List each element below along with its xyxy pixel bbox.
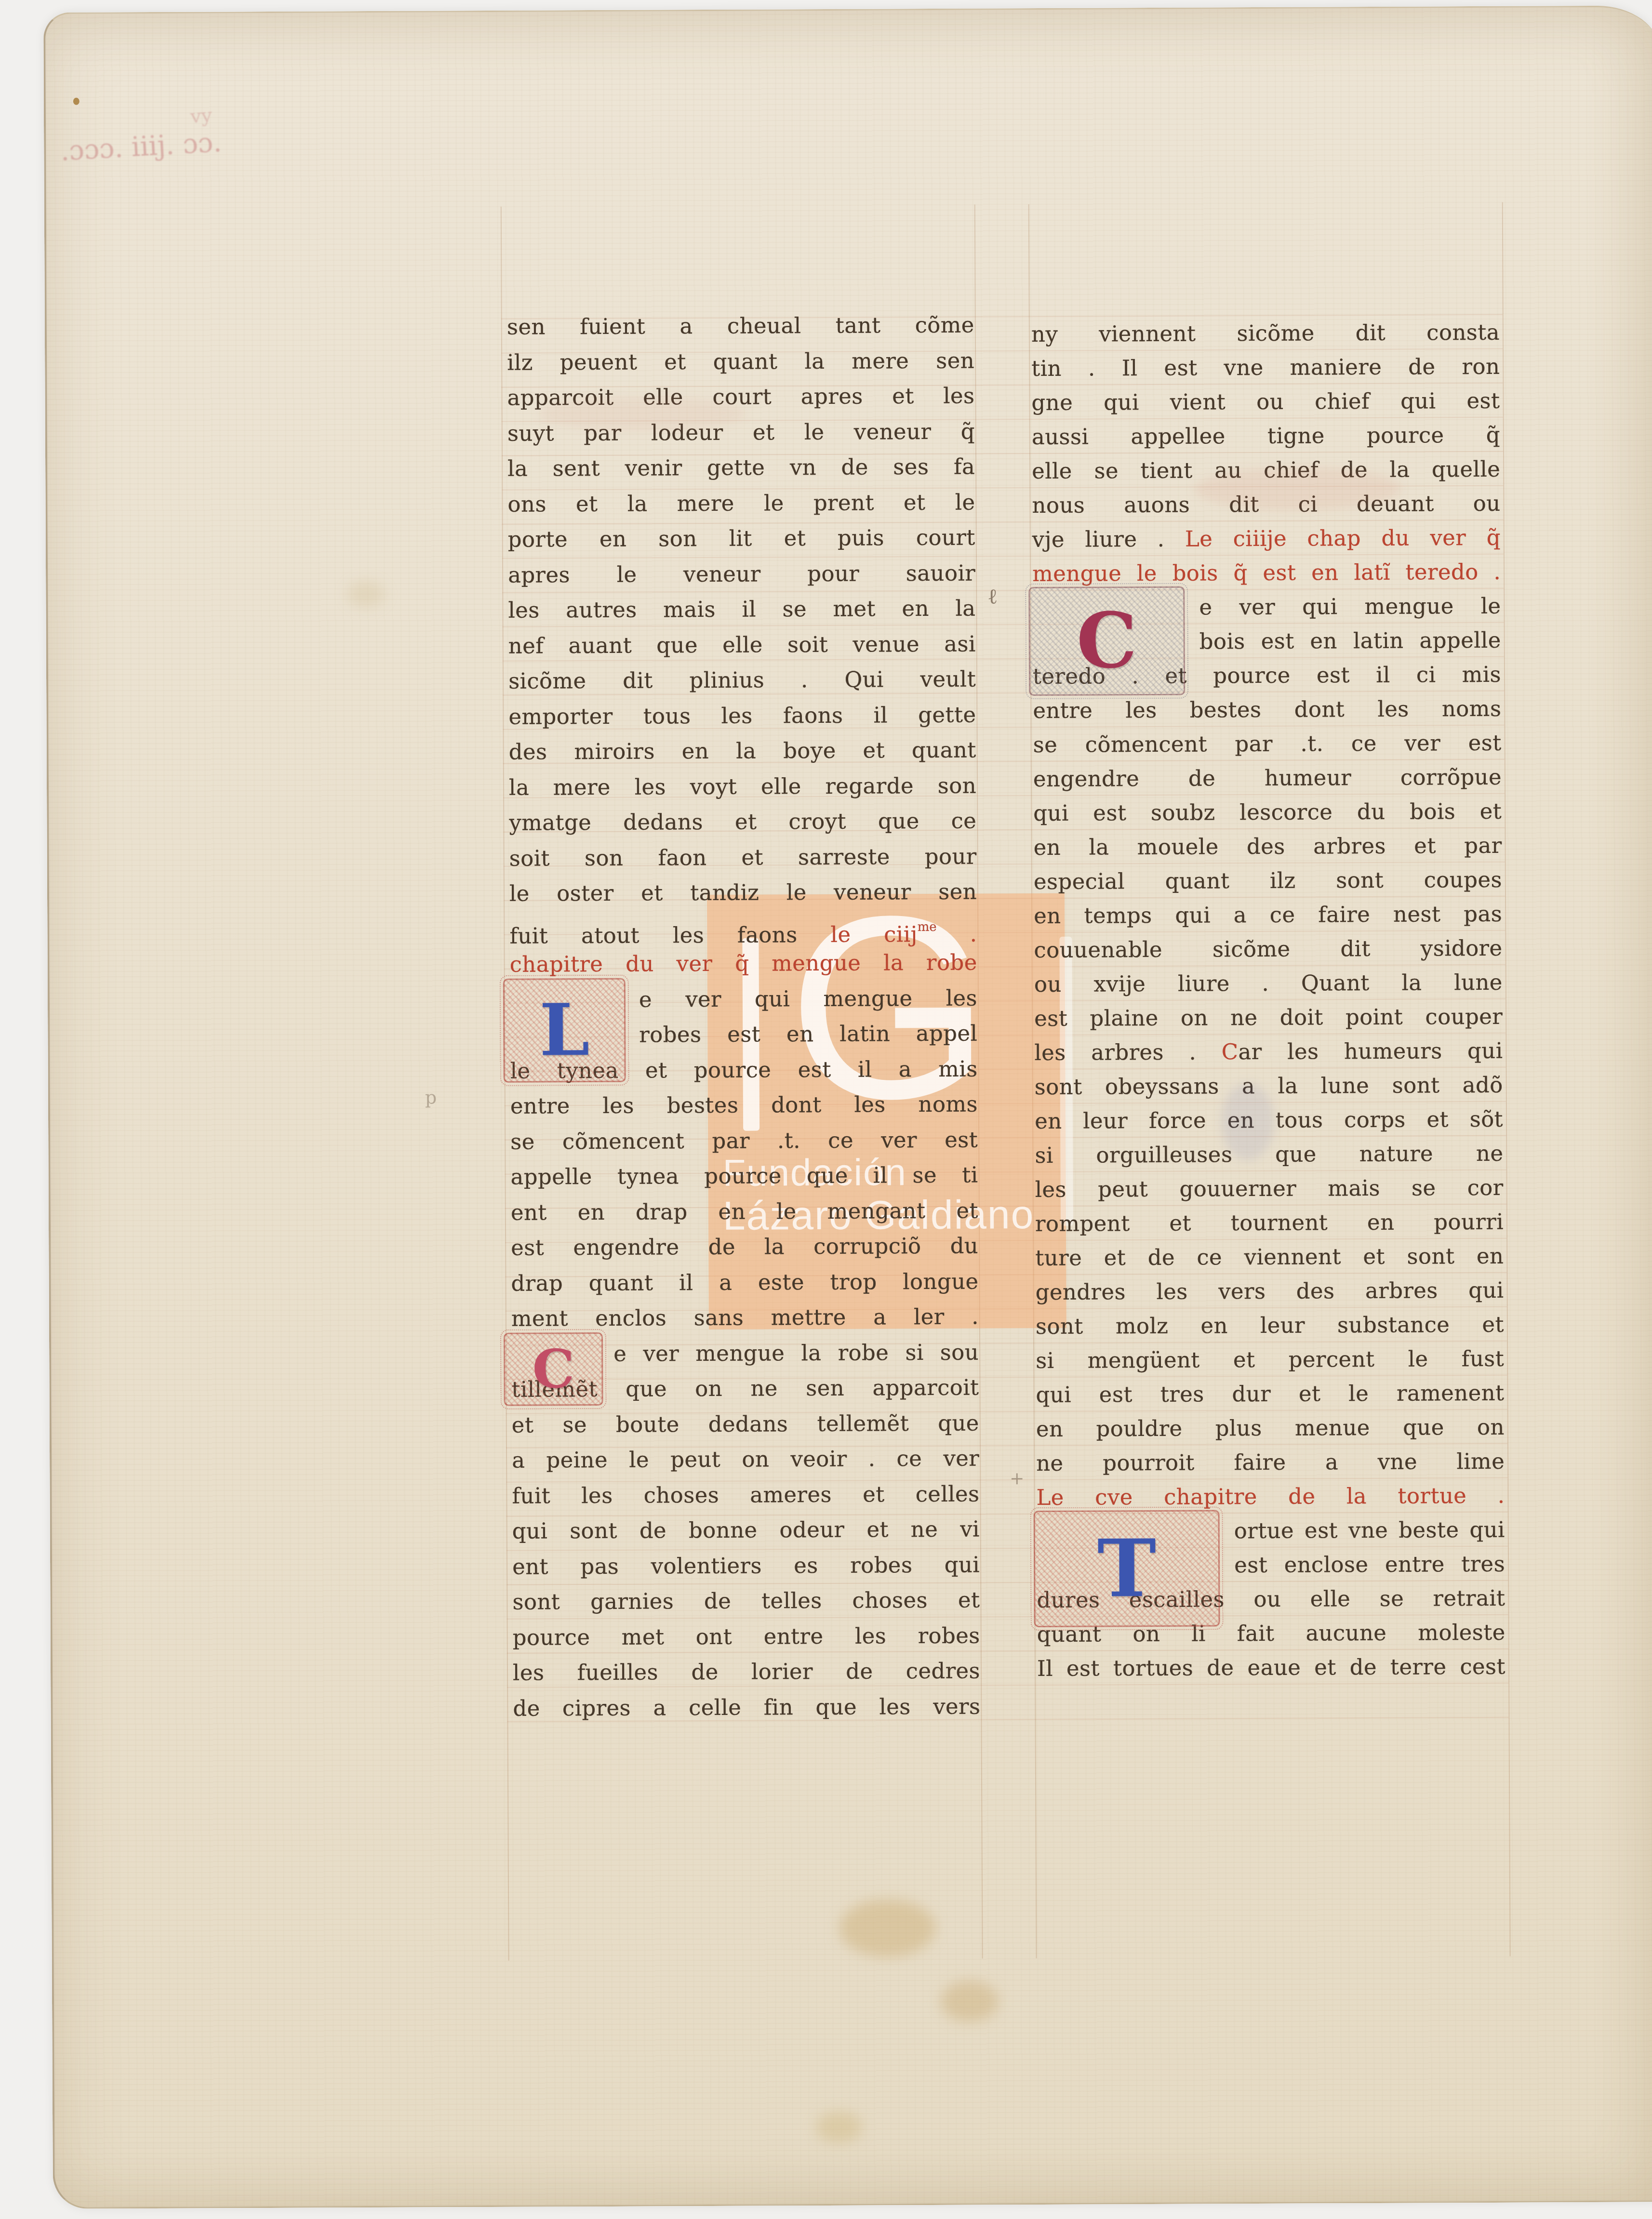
foxing-stain	[816, 2112, 862, 2143]
text-run: a peine le peut on veoir . ce ver	[512, 1446, 979, 1473]
text-line: sicõme dit plinius . Qui veult	[508, 662, 976, 699]
text-line: appelle tynea pource que il se ti	[510, 1157, 978, 1195]
text-run: apres le veneur pour sauoir	[508, 560, 975, 587]
text-line: ny viennent sicõme dit consta	[1031, 315, 1500, 351]
text-line: gendres les vers des arbres qui	[1035, 1273, 1504, 1309]
text-run: ent pas volentiers es robes qui	[512, 1552, 980, 1579]
text-run: sont molz en leur substance et	[1036, 1312, 1504, 1339]
text-run: tin . Il est vne maniere de ron	[1031, 354, 1500, 381]
illuminated-initial-L: L	[503, 978, 626, 1082]
text-run: en pouldre plus menue que on	[1036, 1414, 1505, 1442]
text-line: gne qui vient ou chief qui est	[1031, 384, 1500, 420]
text-run: fuit atout les faons	[509, 921, 830, 948]
text-run: ymatge dedans et croyt que ce	[509, 808, 976, 836]
text-run: ment enclos sans mettre a ler .	[511, 1304, 979, 1331]
text-run: ent en drap en le mengant et	[511, 1197, 978, 1225]
text-line: ent pas volentiers es robes qui	[512, 1547, 980, 1584]
rubric-run: C	[1222, 1039, 1239, 1064]
text-line: Le cve chapitre de la tortue .	[1036, 1478, 1505, 1515]
text-run: rompent et tournent en pourri	[1035, 1209, 1504, 1236]
text-run: ons et la mere le prent et le	[507, 489, 975, 517]
text-line: en la mouele des arbres et par	[1033, 828, 1502, 864]
text-run: ny viennent sicõme dit consta	[1031, 319, 1500, 347]
text-line: tin . Il est vne maniere de ron	[1031, 349, 1500, 385]
text-line: rompent et tournent en pourri	[1035, 1205, 1504, 1241]
text-run: engendre de humeur corrõpue	[1033, 764, 1502, 792]
text-run: qui est soubz lescorce du bois et	[1033, 798, 1502, 826]
offset-folio-mark: .ɔɔɔ. iiij. ɔɔ.	[60, 127, 223, 167]
rubric-run: chapitre du ver q̃ mengue la robe	[510, 950, 977, 977]
text-run: e ver mengue la robe si sou	[613, 1339, 979, 1366]
text-run: le oster et tandiz le veneur sen	[509, 879, 977, 906]
text-run: sont garnies de telles choses et	[512, 1587, 980, 1615]
text-run: les peut gouuerner mais se cor	[1035, 1175, 1504, 1202]
gutter-mark-cross: +	[1010, 1469, 1024, 1488]
text-line: chapitre du ver q̃ mengue la robe	[509, 945, 977, 983]
text-run: e ver qui mengue le	[1199, 593, 1501, 620]
text-run: les fueilles de lorier de cedres	[513, 1658, 980, 1686]
text-line: se cõmencent par .t. ce ver est	[510, 1122, 978, 1159]
text-line: apres le veneur pour sauoir	[508, 555, 975, 593]
text-line: la sent venir gette vn de ses fa	[507, 449, 975, 487]
text-line: soit son faon et sarreste pour	[509, 838, 977, 876]
rubric-run: me	[918, 919, 937, 934]
text-line: des miroirs en la boye et quant	[509, 732, 976, 770]
text-run: en temps qui a ce faire nest pas	[1034, 901, 1502, 929]
text-line: ons et la mere le prent et le	[507, 484, 975, 522]
text-line: vje liure . Le ciiije chap du ver q̃	[1032, 520, 1501, 557]
text-run: gendres les vers des arbres qui	[1035, 1277, 1504, 1305]
text-line: ture et de ce viennent et sont en	[1035, 1239, 1504, 1275]
text-run: ou xvije liure . Quant la lune	[1034, 970, 1503, 997]
text-run: est plaine on ne doit point couper	[1034, 1004, 1503, 1031]
foxing-stain	[941, 1980, 999, 2022]
text-run: les arbres .	[1034, 1039, 1221, 1065]
text-line: les arbres . Car les humeurs qui	[1034, 1034, 1503, 1070]
text-run: ilz peuent et quant la mere sen	[507, 347, 974, 375]
text-run: entre les bestes dont les noms	[510, 1091, 978, 1119]
text-line: qui sont de bonne odeur et ne vi	[512, 1512, 980, 1549]
text-run: en la mouele des arbres et par	[1033, 833, 1502, 860]
text-line: les peut gouuerner mais se cor	[1035, 1170, 1504, 1207]
text-line: entre les bestes dont les noms	[1033, 691, 1501, 728]
text-line: mengue le bois q̃ est en latĩ teredo .	[1032, 555, 1501, 591]
text-line: engendre de humeur corrõpue	[1033, 760, 1502, 796]
text-line: ment enclos sans mettre a ler .	[511, 1299, 979, 1337]
text-run: se cõmencent par .t. ce ver est	[1033, 730, 1502, 757]
text-run: soit son faon et sarreste pour	[509, 843, 977, 871]
text-run: qui sont de bonne odeur et ne vi	[512, 1516, 980, 1544]
left-margin-mark: p	[425, 1087, 437, 1108]
text-line: si mengüent et percent le fust	[1036, 1342, 1504, 1378]
text-run: aussi appellee tigne pource q̃	[1032, 422, 1500, 450]
initial-letter: C	[1077, 607, 1137, 676]
text-line: la mere les voyt elle regarde son	[509, 768, 976, 805]
text-run: de cipres a celle fin que les vers	[513, 1693, 980, 1721]
text-run: nef auant que elle soit venue asi	[508, 631, 976, 658]
text-line: se cõmencent par .t. ce ver est	[1033, 726, 1501, 762]
text-line: aussi appellee tigne pource q̃	[1032, 418, 1500, 454]
text-line: emporter tous les faons il gette	[508, 697, 976, 734]
text-line: pource met ont entre les robes	[513, 1618, 980, 1655]
rubric-run: le ciij	[830, 921, 917, 947]
text-line: les fueilles de lorier de cedres	[513, 1653, 980, 1691]
text-run: la mere les voyt elle regarde son	[509, 772, 976, 800]
text-line: ilz peuent et quant la mere sen	[507, 343, 974, 380]
text-run: si mengüent et percent le fust	[1036, 1346, 1504, 1373]
text-line: Il est tortues de eaue et de terre cest	[1037, 1649, 1505, 1686]
text-line: est plaine on ne doit point couper	[1034, 999, 1503, 1036]
text-run: fuit les choses ameres et celles	[512, 1481, 979, 1508]
text-run: est engendre de la corrupciõ du	[511, 1233, 978, 1261]
text-line: fuit atout les faons le ciijme .	[509, 909, 977, 947]
text-run: especial quant ilz sont coupes	[1034, 867, 1502, 894]
text-run: les autres mais il se met en la	[508, 596, 975, 623]
text-run: robes est en latin appel	[639, 1021, 977, 1048]
photo-backdrop: vy .ɔɔɔ. iiij. ɔɔ. G Fundación Lázaro Ga…	[0, 0, 1652, 2219]
text-run: gne qui vient ou chief qui est	[1031, 388, 1500, 415]
text-run: la sent venir gette vn de ses fa	[507, 454, 975, 481]
gutter-mark-upper: ℓ	[987, 584, 998, 609]
text-run: e ver qui mengue les	[639, 985, 977, 1012]
text-run: ture et de ce viennent et sont en	[1035, 1243, 1504, 1271]
text-run: sicõme dit plinius . Qui veult	[508, 666, 976, 694]
text-run: drap quant il a este trop longue	[511, 1268, 978, 1296]
text-run: bois est en latin appelle	[1199, 627, 1501, 654]
text-run: Il est tortues de eaue et de terre cest	[1037, 1654, 1505, 1681]
text-line: especial quant ilz sont coupes	[1034, 863, 1502, 899]
ruling-grid	[45, 7, 1652, 14]
text-run: ar les humeurs qui	[1238, 1038, 1503, 1064]
text-line: porte en son lit et puis court	[508, 520, 975, 558]
text-run: ortue est vne beste qui	[1234, 1517, 1505, 1543]
text-run: se cõmencent par .t. ce ver est	[510, 1127, 978, 1154]
text-line: ne pourroit faire a vne lime	[1036, 1444, 1505, 1480]
text-line: sont molz en leur substance et	[1036, 1307, 1504, 1343]
text-line: sont garnies de telles choses et	[512, 1582, 980, 1620]
text-line: est engendre de la corrupciõ du	[511, 1228, 978, 1266]
text-line: de cipres a celle fin que les vers	[513, 1688, 980, 1726]
text-line: fuit les choses ameres et celles	[512, 1476, 979, 1514]
manuscript-page: vy .ɔɔɔ. iiij. ɔɔ. G Fundación Lázaro Ga…	[43, 5, 1652, 2209]
text-run: sont obeyssans a la lune sont adõ	[1035, 1072, 1503, 1100]
text-line: et se boute dedans tellemẽt que	[512, 1405, 979, 1443]
text-line: sen fuient a cheual tant cõme	[507, 307, 974, 345]
text-column-1: sen fuient a cheual tant cõmeilz peuent …	[507, 307, 981, 1726]
text-run: est enclose entre tres	[1234, 1551, 1505, 1578]
text-line: les autres mais il se met en la	[508, 591, 975, 628]
initial-letter: L	[539, 998, 590, 1063]
illuminated-initial-T: T	[1034, 1510, 1220, 1627]
illuminated-initial-C: C	[1028, 586, 1185, 696]
offset-folio-mark-small: vy	[189, 104, 213, 128]
text-run: pource met ont entre les robes	[513, 1622, 980, 1650]
text-run: des miroirs en la boye et quant	[509, 737, 976, 765]
rubric-run: mengue le bois q̃ est en latĩ teredo .	[1032, 559, 1501, 586]
text-run: qui est tres dur et le ramenent	[1036, 1380, 1504, 1408]
text-run: emporter tous les faons il gette	[508, 702, 976, 729]
rubric-run: .	[937, 921, 977, 946]
text-line: nef auant que elle soit venue asi	[508, 626, 976, 664]
text-line: entre les bestes dont les noms	[510, 1087, 978, 1124]
text-line: qui est soubz lescorce du bois et	[1033, 794, 1502, 830]
text-line: le oster et tandiz le veneur sen	[509, 874, 977, 912]
text-run: appelle tynea pource que il se ti	[510, 1162, 978, 1190]
text-run: entre les bestes dont les noms	[1033, 696, 1501, 723]
rubric-run: Le cve chapitre de la tortue .	[1036, 1483, 1505, 1510]
foxing-stain	[839, 1899, 936, 1957]
text-line: ymatge dedans et croyt que ce	[509, 803, 976, 841]
text-run: vje liure .	[1032, 526, 1185, 552]
text-line: ent en drap en le mengant et	[511, 1193, 978, 1230]
initial-letter: T	[1097, 1533, 1157, 1604]
text-line: drap quant il a este trop longue	[511, 1263, 978, 1301]
show-through-smudge-blue	[1221, 1083, 1275, 1160]
text-line: a peine le peut on veoir . ce ver	[512, 1441, 979, 1478]
text-line: couuenable sicõme dit ysidore	[1034, 931, 1502, 967]
illuminated-initial-C: C	[504, 1332, 603, 1406]
text-line: ou xvije liure . Quant la lune	[1034, 965, 1503, 1001]
initial-letter: C	[532, 1345, 574, 1393]
text-line: en pouldre plus menue que on	[1036, 1410, 1505, 1446]
foxing-stain	[346, 581, 385, 607]
rubric-run: Le ciiije chap du ver q̃	[1185, 525, 1501, 552]
vertical-rule-line	[1502, 202, 1511, 1956]
text-run: et se boute dedans tellemẽt que	[512, 1410, 979, 1437]
text-run: sen fuient a cheual tant cõme	[507, 312, 974, 340]
ink-speck	[73, 98, 80, 105]
text-run: ne pourroit faire a vne lime	[1036, 1448, 1505, 1476]
text-column-2: ny viennent sicõme dit constatin . Il es…	[1031, 315, 1505, 1686]
text-run: porte en son lit et puis court	[508, 525, 975, 552]
text-run: couuenable sicõme dit ysidore	[1034, 935, 1502, 963]
text-line: qui est tres dur et le ramenent	[1036, 1376, 1504, 1412]
text-line: en temps qui a ce faire nest pas	[1034, 897, 1502, 933]
